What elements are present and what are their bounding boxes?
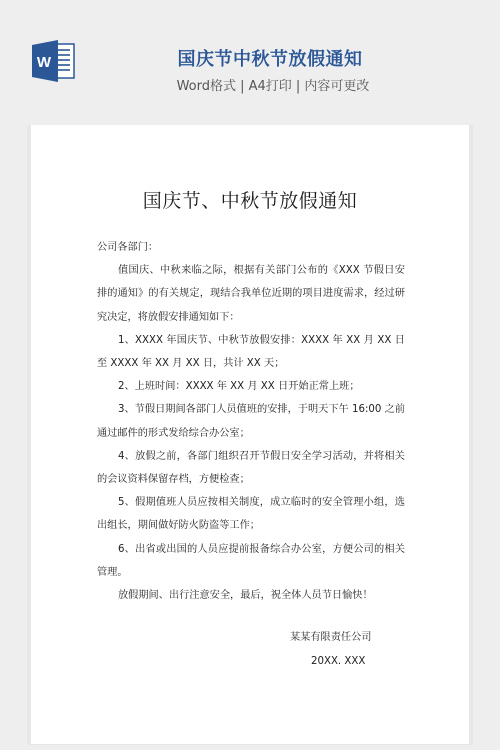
paragraph-item-2: 2、上班时间：XXXX 年 XX 月 XX 日开始正常上班； bbox=[97, 375, 405, 398]
signature-company: 某某有限责任公司 bbox=[290, 626, 372, 650]
paragraph-item-6: 6、出省或出国的人员应提前报备综合办公室，方便公司的相关管理。 bbox=[97, 538, 405, 584]
signature-date: 20XX. XXX bbox=[311, 650, 365, 674]
paragraph-closing: 放假期间、出行注意安全，最后，祝全体人员节日愉快！ bbox=[97, 584, 405, 607]
salutation: 公司各部门： bbox=[97, 236, 405, 259]
paragraph-item-4: 4、放假之前，各部门组织召开节假日安全学习活动，并将相关的会议资料保留存档，方便… bbox=[97, 445, 405, 491]
header-title: 国庆节中秋节放假通知 bbox=[0, 45, 500, 71]
document-page: 国庆节、中秋节放假通知 公司各部门： 值国庆、中秋来临之际，根据有关部门公布的《… bbox=[31, 125, 469, 744]
paragraph-item-3: 3、节假日期间各部门人员值班的安排，于明天下午 16:00 之前通过邮件的形式发… bbox=[97, 398, 405, 444]
paragraph-item-5: 5、假期值班人员应按相关制度，成立临时的安全管理小组，选出组长，期间做好防火防盗… bbox=[97, 491, 405, 537]
document-title: 国庆节、中秋节放假通知 bbox=[31, 186, 469, 213]
paragraph-item-1: 1、XXXX 年国庆节、中秋节放假安排：XXXX 年 XX 月 XX 日至 XX… bbox=[97, 329, 405, 375]
paragraph-intro: 值国庆、中秋来临之际，根据有关部门公布的《XXX 节假日安排的通知》的有关规定，… bbox=[97, 259, 405, 329]
document-body: 公司各部门： 值国庆、中秋来临之际，根据有关部门公布的《XXX 节假日安排的通知… bbox=[97, 236, 405, 607]
header-subtitle: Word格式 | A4打印 | 内容可更改 bbox=[0, 75, 500, 94]
header: W 国庆节中秋节放假通知 Word格式 | A4打印 | 内容可更改 bbox=[0, 0, 500, 125]
